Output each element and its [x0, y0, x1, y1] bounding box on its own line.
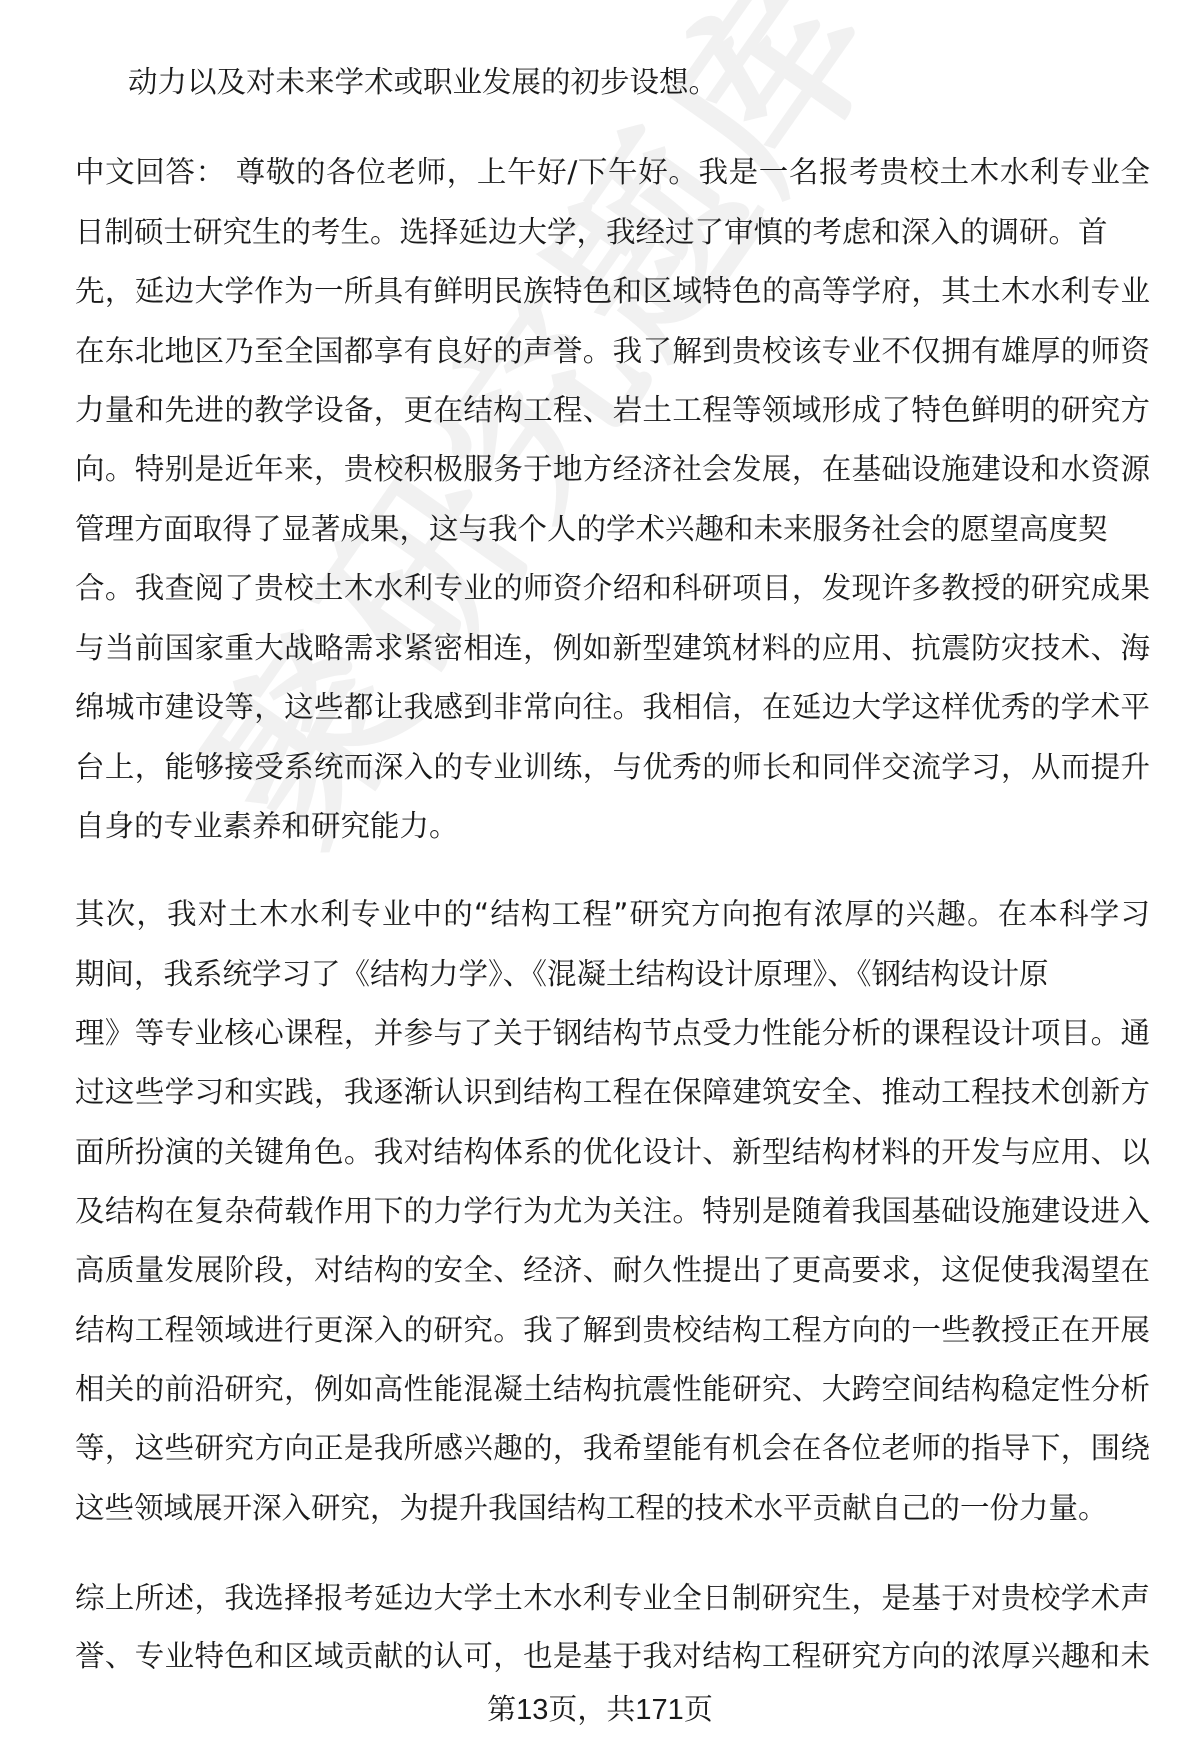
- document-page: 聚研究题库 动力以及对未来学术或职业发展的初步设想。 中文回答： 尊敬的各位老师…: [0, 0, 1200, 1755]
- text-line: 其次，我对土木水利专业中的“结构工程”研究方向抱有浓厚的兴趣。在本科学习: [75, 896, 1150, 932]
- text-line: 综上所述，我选择报考延边大学土木水利专业全日制研究生，是基于对贵校学术声: [75, 1580, 1150, 1616]
- text-line: 誉、专业特色和区域贡献的认可，也是基于我对结构工程研究方向的浓厚兴趣和未: [75, 1638, 1150, 1674]
- text-line: 合。我查阅了贵校土木水利专业的师资介绍和科研项目，发现许多教授的研究成果: [75, 570, 1150, 606]
- text-line: 面所扮演的关键角色。我对结构体系的优化设计、新型结构材料的开发与应用、以: [75, 1134, 1150, 1170]
- text-line: 及结构在复杂荷载作用下的力学行为尤为关注。特别是随着我国基础设施建设进入: [75, 1193, 1150, 1229]
- text-line: 向。特别是近年来，贵校积极服务于地方经济社会发展，在基础设施建设和水资源: [75, 451, 1150, 487]
- text-line: 管理方面取得了显著成果，这与我个人的学术兴趣和未来服务社会的愿望高度契: [75, 511, 1150, 547]
- page-number: 第13页，共171页: [0, 1692, 1200, 1728]
- text-line: 中文回答： 尊敬的各位老师，上午好/下午好。我是一名报考贵校土木水利专业全: [75, 154, 1150, 190]
- text-line: 相关的前沿研究，例如高性能混凝土结构抗震性能研究、大跨空间结构稳定性分析: [75, 1371, 1150, 1407]
- text-line: 自身的专业素养和研究能力。: [75, 808, 1150, 844]
- text-line: 理》等专业核心课程，并参与了关于钢结构节点受力性能分析的课程设计项目。通: [75, 1015, 1150, 1051]
- text-line: 等，这些研究方向正是我所感兴趣的，我希望能有机会在各位老师的指导下，围绕: [75, 1430, 1150, 1466]
- text-line: 力量和先进的教学设备，更在结构工程、岩土工程等领域形成了特色鲜明的研究方: [75, 392, 1150, 428]
- text-line: 在东北地区乃至全国都享有良好的声誉。我了解到贵校该专业不仅拥有雄厚的师资: [75, 333, 1150, 369]
- text-line: 先，延边大学作为一所具有鲜明民族特色和区域特色的高等学府，其土木水利专业: [75, 273, 1150, 309]
- text-line: 高质量发展阶段，对结构的安全、经济、耐久性提出了更高要求，这促使我渴望在: [75, 1252, 1150, 1288]
- text-line: 绵城市建设等，这些都让我感到非常向往。我相信，在延边大学这样优秀的学术平: [75, 689, 1150, 725]
- text-line: 台上，能够接受系统而深入的专业训练，与优秀的师长和同伴交流学习，从而提升: [75, 749, 1150, 785]
- watermark: 聚研究题库: [180, 0, 967, 869]
- text-line: 过这些学习和实践，我逐渐认识到结构工程在保障建筑安全、推动工程技术创新方: [75, 1074, 1150, 1110]
- text-line: 动力以及对未来学术或职业发展的初步设想。: [128, 64, 1150, 100]
- text-line: 这些领域展开深入研究，为提升我国结构工程的技术水平贡献自己的一份力量。: [75, 1490, 1150, 1526]
- text-line: 与当前国家重大战略需求紧密相连，例如新型建筑材料的应用、抗震防灾技术、海: [75, 630, 1150, 666]
- text-line: 结构工程领域进行更深入的研究。我了解到贵校结构工程方向的一些教授正在开展: [75, 1312, 1150, 1348]
- text-line: 日制硕士研究生的考生。选择延边大学，我经过了审慎的考虑和深入的调研。首: [75, 214, 1150, 250]
- text-line: 期间，我系统学习了《结构力学》、《混凝土结构设计原理》、《钢结构设计原: [75, 956, 1150, 992]
